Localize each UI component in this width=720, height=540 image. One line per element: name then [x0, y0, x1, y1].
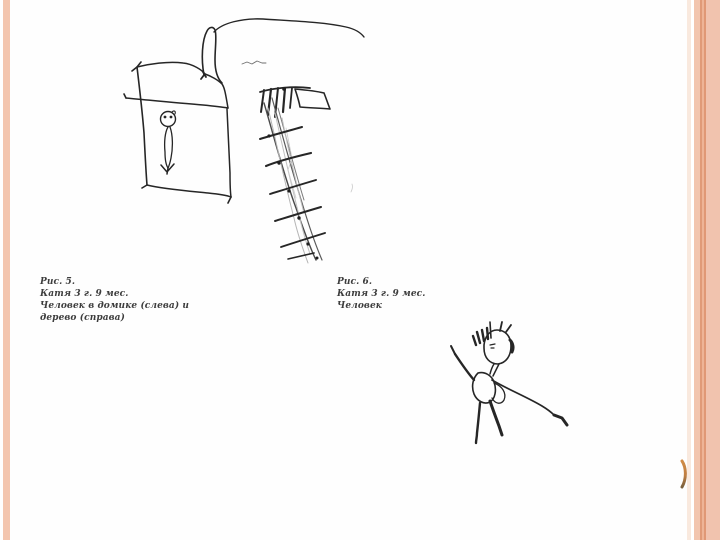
- figure5-caption-author: Катя 3 г. 9 мес.: [40, 288, 189, 300]
- figure6-child-drawing-person: [432, 318, 582, 448]
- figure6-caption: Рис. 6. Катя 3 г. 9 мес. Человек: [337, 276, 425, 312]
- right-peach-border: [687, 0, 720, 540]
- left-peach-stripe: [3, 0, 10, 540]
- figure5-caption-title-2: дерево (справа): [40, 312, 189, 324]
- presentation-slide: Рис. 5. Катя 3 г. 9 мес. Человек в домик…: [0, 0, 720, 540]
- figure6-caption-title: Человек: [337, 300, 425, 312]
- figure5-child-drawing-house-and-tree: [118, 8, 368, 268]
- figure6-caption-author: Катя 3 г. 9 мес.: [337, 288, 425, 300]
- page-curl-decoration: [678, 459, 690, 491]
- figure5-caption-number: Рис. 5.: [40, 276, 189, 288]
- figure5-caption-title-1: Человек в домике (слева) и: [40, 300, 189, 312]
- figure6-caption-number: Рис. 6.: [337, 276, 425, 288]
- figure5-caption: Рис. 5. Катя 3 г. 9 мес. Человек в домик…: [40, 276, 189, 324]
